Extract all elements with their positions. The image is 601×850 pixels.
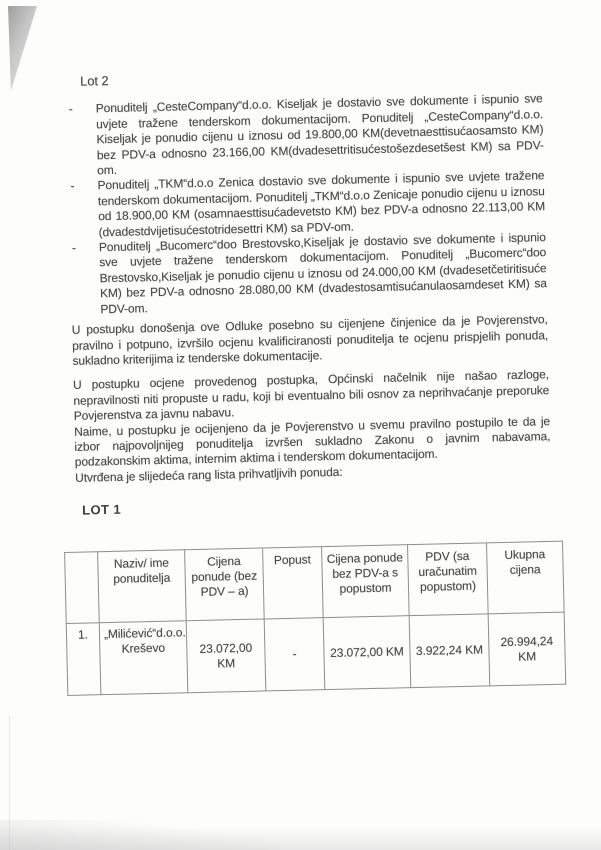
scanned-document-page: Lot 2 - Ponuditelj „CesteCompany“d.o.o. … [0, 0, 601, 850]
bullet-item-tkm: - Ponuditelj „TKM“d.o.o Zenica dostavio … [68, 169, 545, 241]
bullet-dash-marker: - [68, 179, 98, 241]
bullet-text: Ponuditelj „TKM“d.o.o Zenica dostavio sv… [97, 169, 545, 241]
bidders-bullet-list: - Ponuditelj „CesteCompany“d.o.o. Kiselj… [67, 92, 548, 318]
table-header-row: Naziv/ ime ponuditelja Cijena ponude (be… [65, 541, 564, 623]
header-cell-total-price: Ukupna cijena [487, 541, 565, 614]
cell-discount: - [264, 618, 325, 691]
bullet-item-bucomerc: - Ponuditelj „Bucomerc“doo Brestovsko,Ki… [70, 230, 548, 318]
header-cell-number [65, 552, 100, 624]
paragraph-decision-facts: U postupku donošenja ove Odluke posebno … [72, 312, 549, 369]
bullet-item-cestecompany: - Ponuditelj „CesteCompany“d.o.o. Kiselj… [67, 92, 545, 180]
cell-bidder-name: „Milićević“d.o.o. Kreševo [99, 621, 188, 695]
bullet-text: Ponuditelj „Bucomerc“doo Brestovsko,Kise… [99, 230, 548, 317]
header-cell-discount: Popust [263, 547, 324, 619]
offers-ranking-table: Naziv/ ime ponuditelja Cijena ponude (be… [64, 541, 566, 696]
lot2-heading: Lot 2 [80, 63, 542, 89]
cell-price-discounted: 23.072,00 KM [323, 616, 411, 690]
cell-price-no-vat: 23.072,00 KM [186, 619, 266, 693]
header-cell-price-no-vat: Cijena ponude (bez PDV – a) [185, 548, 265, 621]
page-corner-fold-artifact [8, 6, 37, 91]
lot1-section: LOT 1 Naziv/ ime ponuditelja Cijena ponu… [63, 492, 569, 696]
cell-vat: 3.922,24 KM [409, 614, 490, 688]
lot1-heading: LOT 1 [82, 492, 565, 518]
bullet-dash-marker: - [67, 102, 98, 180]
scan-bottom-left-shadow [0, 820, 280, 850]
header-cell-vat: PDV (sa uračunatim popustom) [408, 543, 489, 616]
header-cell-price-discounted: Cijena ponude bez PDV-a s popustom [322, 545, 410, 618]
bullet-dash-marker: - [70, 240, 101, 318]
bullet-text: Ponuditelj „CesteCompany“d.o.o. Kiseljak… [96, 92, 545, 179]
cell-total-price: 26.994,24 KM [488, 612, 566, 686]
lot2-section: Lot 2 - Ponuditelj „CesteCompany“d.o.o. … [66, 63, 551, 486]
cell-row-number: 1. [66, 623, 101, 696]
table-row: 1. „Milićević“d.o.o. Kreševo 23.072,00 K… [66, 612, 566, 695]
header-cell-bidder-name: Naziv/ ime ponuditelja [98, 550, 187, 623]
